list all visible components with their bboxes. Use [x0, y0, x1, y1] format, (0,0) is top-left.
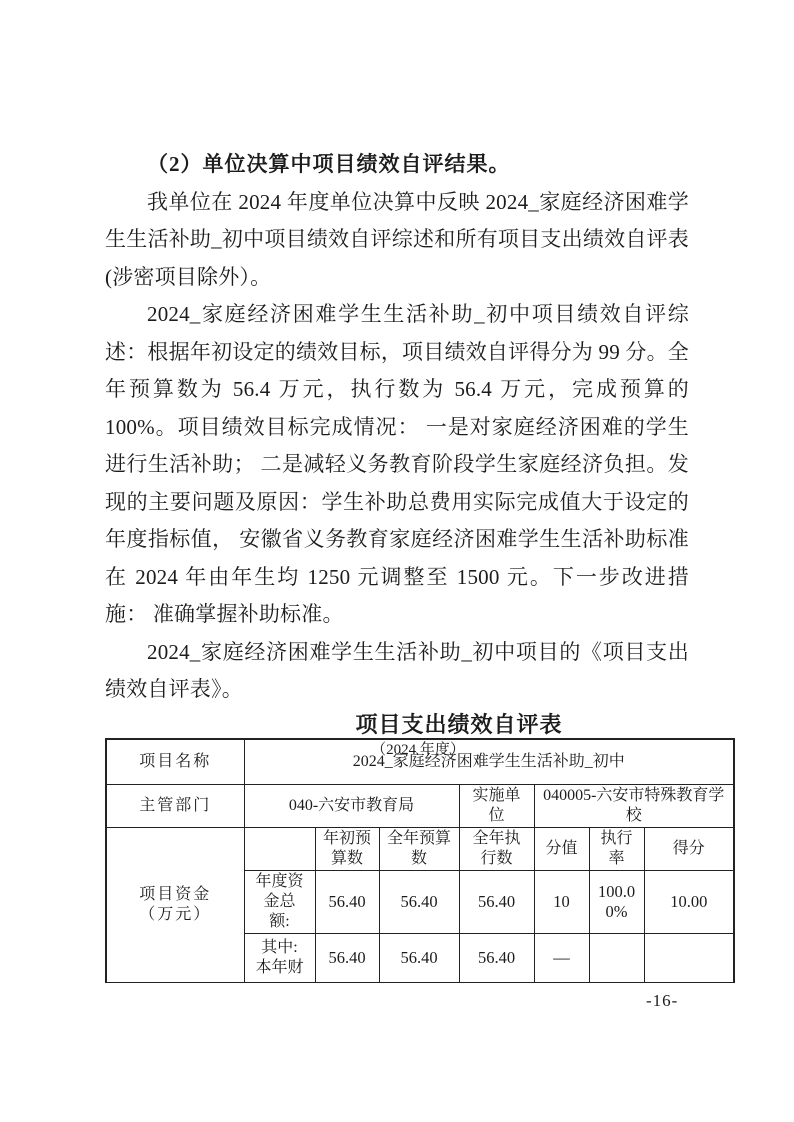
self-eval-table-wrapper: 项目名称 2024_家庭经济困难学生生活补助_初中 主管部门 040-六安市教育… [105, 738, 736, 985]
cell-project-name-value: 2024_家庭经济困难学生生活补助_初中 [244, 739, 734, 784]
cell-impl-unit-value: 040005-六安市特殊教育学 校 [534, 784, 734, 827]
cell-header-execution-rate: 执行 率 [589, 827, 644, 870]
cell-current-year-executed: 56.40 [459, 933, 534, 982]
cell-header-score: 得分 [644, 827, 734, 870]
cell-header-year-begin-budget: 年初预 算数 [315, 827, 379, 870]
cell-current-year-score [644, 933, 734, 982]
table-row-project-name: 项目名称 2024_家庭经济困难学生生活补助_初中 [106, 739, 734, 784]
cell-dept-label: 主管部门 [106, 784, 244, 827]
cell-header-full-year-executed: 全年执 行数 [459, 827, 534, 870]
document-page: （2）单位决算中项目绩效自评结果。 我单位在 2024 年度单位决算中反映 20… [0, 0, 794, 1122]
page-number: -16- [646, 991, 678, 1011]
cell-current-year-year-budget: 56.40 [379, 933, 459, 982]
cell-dept-value: 040-六安市教育局 [244, 784, 459, 827]
body-text-block: （2）单位决算中项目绩效自评结果。 我单位在 2024 年度单位决算中反映 20… [105, 146, 689, 762]
cell-header-score-weight: 分值 [534, 827, 589, 870]
cell-project-name-label: 项目名称 [106, 739, 244, 784]
table-title: 项目支出绩效自评表 [229, 712, 689, 738]
cell-current-year-begin-budget: 56.40 [315, 933, 379, 982]
cell-annual-total-begin-budget: 56.40 [315, 870, 379, 933]
table-row-column-headers: 项目资金 （万元） 年初预 算数 全年预算 数 全年执 行数 分值 执行 率 得… [106, 827, 734, 870]
paragraph-table-intro: 2024_家庭经济困难学生生活补助_初中项目的《项目支出绩效自评表》。 [105, 634, 689, 709]
paragraph-self-eval-overview: 2024_家庭经济困难学生生活补助_初中项目绩效自评综述：根据年初设定的绩效目标… [105, 296, 689, 634]
self-eval-table: 项目名称 2024_家庭经济困难学生生活补助_初中 主管部门 040-六安市教育… [105, 738, 735, 983]
cell-annual-total-label: 年度资 金总 额: [244, 870, 315, 933]
cell-annual-total-score: 10.00 [644, 870, 734, 933]
cell-blank-subheader [244, 827, 315, 870]
cell-annual-total-year-budget: 56.40 [379, 870, 459, 933]
cell-current-year-label: 其中: 本年财 [244, 933, 315, 982]
cell-impl-unit-label: 实施单 位 [459, 784, 534, 827]
cell-annual-total-executed: 56.40 [459, 870, 534, 933]
cell-current-year-exec-rate [589, 933, 644, 982]
cell-annual-total-weight: 10 [534, 870, 589, 933]
table-row-departments: 主管部门 040-六安市教育局 实施单 位 040005-六安市特殊教育学 校 [106, 784, 734, 827]
section-heading: （2）单位决算中项目绩效自评结果。 [105, 146, 689, 184]
cell-project-funds-label: 项目资金 （万元） [106, 827, 244, 982]
paragraph-summary-intro: 我单位在 2024 年度单位决算中反映 2024_家庭经济困难学生生活补助_初中… [105, 184, 689, 297]
cell-header-full-year-budget: 全年预算 数 [379, 827, 459, 870]
cell-annual-total-exec-rate: 100.0 0% [589, 870, 644, 933]
cell-current-year-weight: — [534, 933, 589, 982]
